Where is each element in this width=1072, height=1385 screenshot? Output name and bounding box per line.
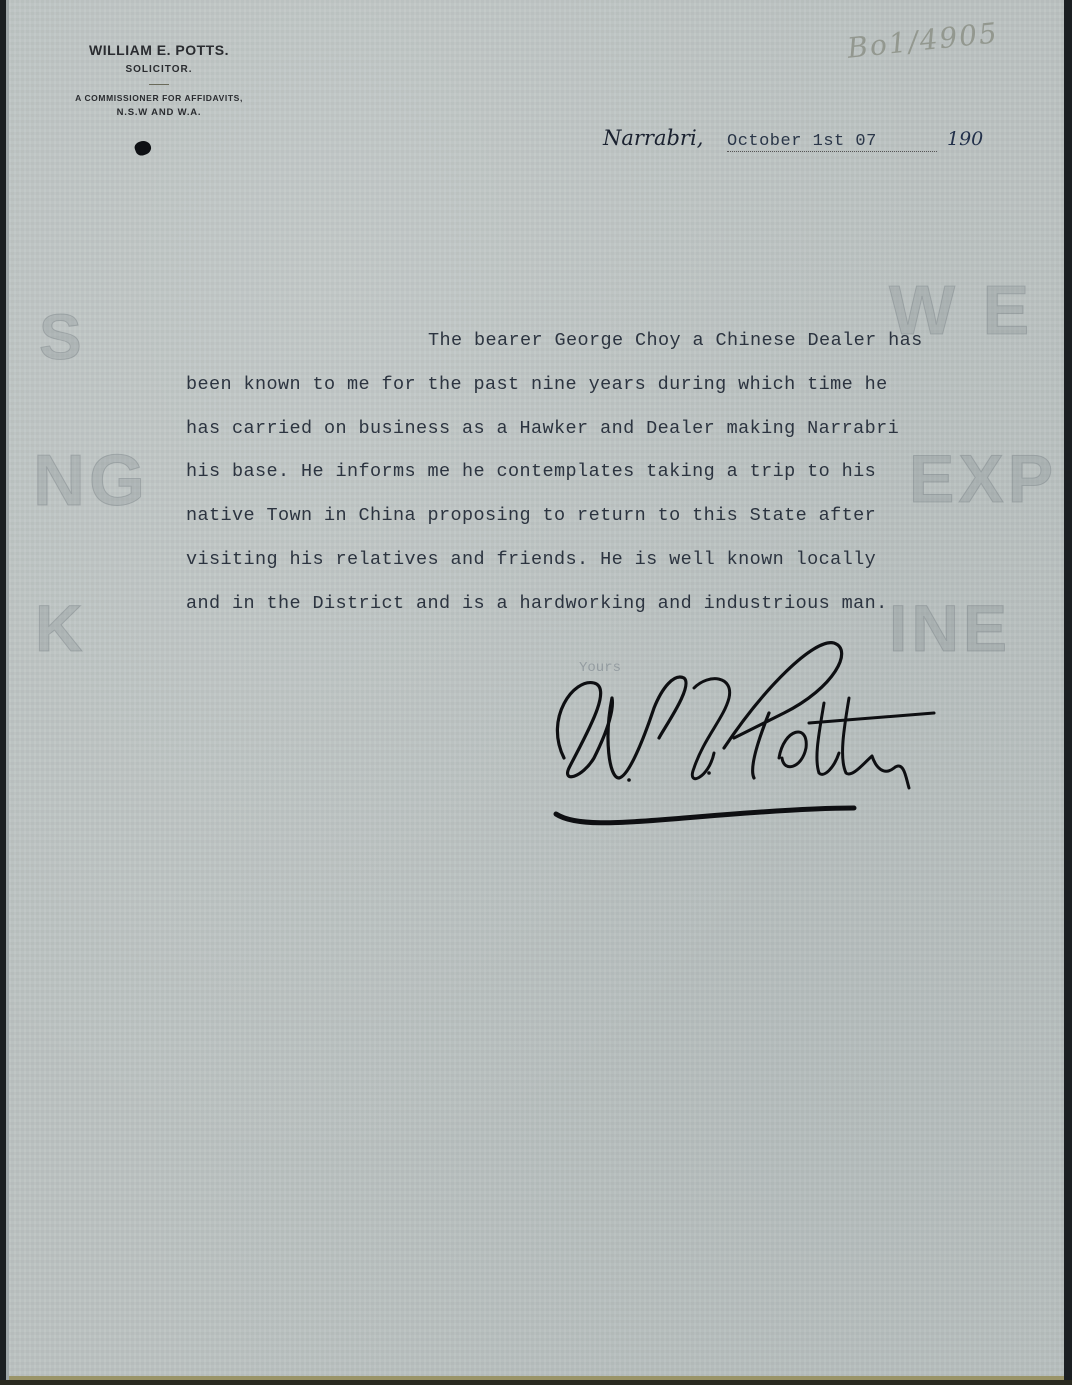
scan-bottom-edge [0, 1380, 1072, 1385]
letterhead-commissioner: A COMMISSIONER FOR AFFIDAVITS, [49, 93, 269, 103]
watermark-left-2: NG [33, 440, 149, 522]
letter-page: S NG K W E EXP INE WILLIAM E. POTTS. SOL… [6, 0, 1064, 1380]
letter-body: The bearer George Choy a Chinese Dealer … [186, 326, 1046, 633]
body-line: his base. He informs me he contemplates … [186, 457, 1046, 501]
ink-blot-mark [133, 139, 153, 158]
archive-reference: Bo1/4905 [846, 16, 1001, 65]
body-line: been known to me for the past nine years… [186, 370, 1046, 414]
body-line: native Town in China proposing to return… [186, 501, 1046, 545]
body-line: and in the District and is a hardworking… [186, 589, 1046, 633]
watermark-left-3: K [35, 590, 87, 666]
letterhead-name: WILLIAM E. POTTS. [49, 42, 269, 58]
body-line: The bearer George Choy a Chinese Dealer … [186, 326, 1046, 370]
dateline-date: October 1st 07 [727, 132, 937, 152]
dateline-place: Narrabri, [603, 126, 703, 150]
letterhead-states: N.S.W AND W.A. [49, 107, 269, 118]
body-line: has carried on business as a Hawker and … [186, 414, 1046, 458]
signature-icon [534, 628, 944, 838]
dateline: Narrabri, October 1st 07 190 [603, 126, 1003, 156]
letterhead-divider [149, 84, 169, 85]
letterhead-title: SOLICITOR. [49, 64, 269, 75]
watermark-left-1: S [39, 300, 86, 374]
letterhead: WILLIAM E. POTTS. SOLICITOR. A COMMISSIO… [49, 42, 269, 118]
body-line: visiting his relatives and friends. He i… [186, 545, 1046, 589]
dateline-year-prefix: 190 [947, 128, 983, 150]
